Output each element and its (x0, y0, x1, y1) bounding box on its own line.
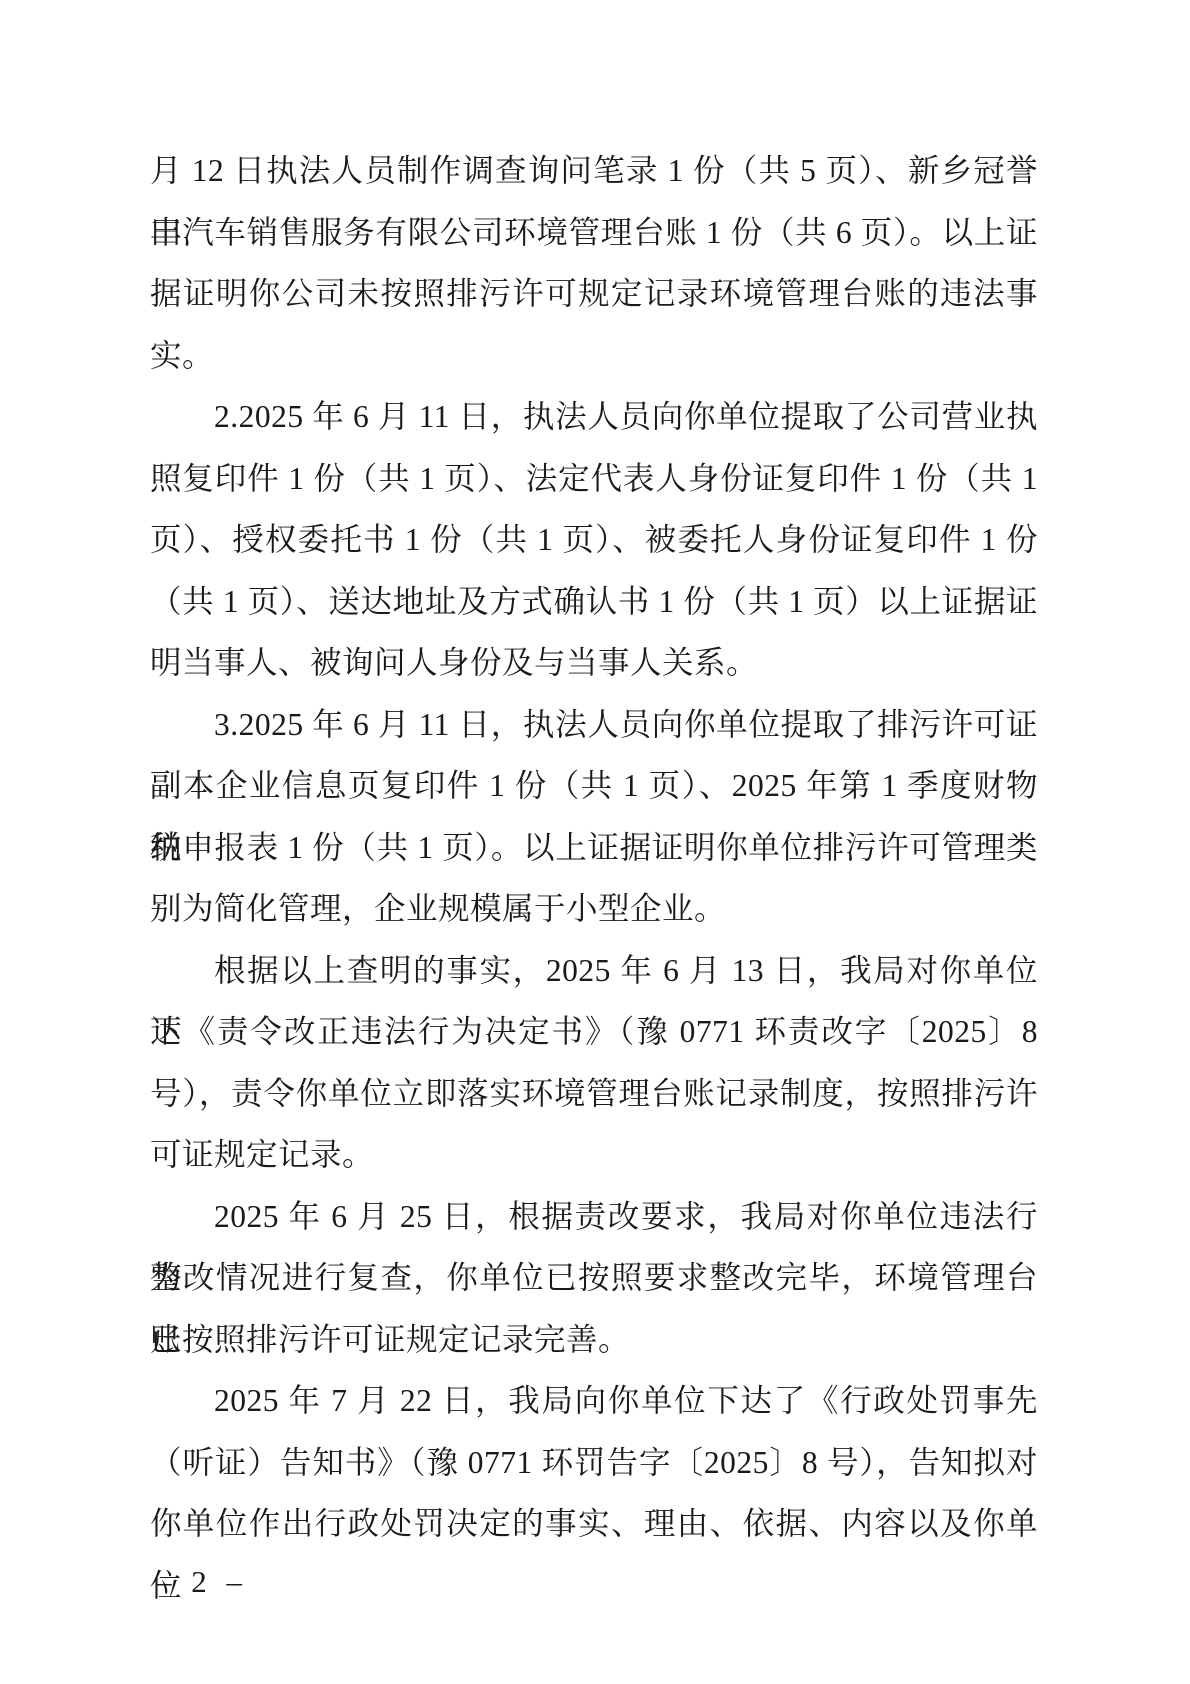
text-line: 整改情况进行复查，你单位已按照要求整改完毕，环境管理台账 (150, 1247, 1038, 1309)
text-line: 副本企业信息页复印件 1 份（共 1 页）、2025 年第 1 季度财物纳 (150, 755, 1038, 817)
text-line: 照复印件 1 份（共 1 页）、法定代表人身份证复印件 1 份（共 1 (150, 448, 1038, 510)
document-page: 月 12 日执法人员制作调查询问笔录 1 份（共 5 页）、新乡冠誉丰 田汽车销… (0, 0, 1190, 1684)
text-line: 据证明你公司未按照排污许可规定记录环境管理台账的违法事 (150, 263, 1038, 325)
text-line: 2.2025 年 6 月 11 日，执法人员向你单位提取了公司营业执 (150, 386, 1038, 448)
text-line: 已按照排污许可证规定记录完善。 (150, 1309, 1038, 1371)
text-line: 税申报表 1 份（共 1 页）。以上证据证明你单位排污许可管理类 (150, 817, 1038, 879)
text-line: 号），责令你单位立即落实环境管理台账记录制度，按照排污许 (150, 1063, 1038, 1125)
text-line: 页）、授权委托书 1 份（共 1 页）、被委托人身份证复印件 1 份 (150, 509, 1038, 571)
text-line: （共 1 页）、送达地址及方式确认书 1 份（共 1 页）以上证据证 (150, 571, 1038, 633)
text-line: 实。 (150, 325, 1038, 387)
text-line: 2025 年 6 月 25 日，根据责改要求，我局对你单位违法行为 (150, 1186, 1038, 1248)
text-line: 2025 年 7 月 22 日，我局向你单位下达了《行政处罚事先 (150, 1370, 1038, 1432)
text-line: 根据以上查明的事实，2025 年 6 月 13 日，我局对你单位下 (150, 940, 1038, 1002)
text-line: （听证）告知书》（豫 0771 环罚告字〔2025〕8 号），告知拟对 (150, 1432, 1038, 1494)
text-line: 达《责令改正违法行为决定书》（豫 0771 环责改字〔2025〕8 (150, 1001, 1038, 1063)
text-line: 明当事人、被询问人身份及与当事人关系。 (150, 632, 1038, 694)
text-line: 可证规定记录。 (150, 1124, 1038, 1186)
page-number: – 2 – (156, 1556, 242, 1608)
document-body: 月 12 日执法人员制作调查询问笔录 1 份（共 5 页）、新乡冠誉丰 田汽车销… (150, 140, 1038, 1555)
text-line: 田汽车销售服务有限公司环境管理台账 1 份（共 6 页）。以上证 (150, 202, 1038, 264)
text-line: 3.2025 年 6 月 11 日，执法人员向你单位提取了排污许可证 (150, 694, 1038, 756)
text-line: 月 12 日执法人员制作调查询问笔录 1 份（共 5 页）、新乡冠誉丰 (150, 140, 1038, 202)
text-line: 你单位作出行政处罚决定的事实、理由、依据、内容以及你单位 (150, 1493, 1038, 1555)
text-line: 别为简化管理，企业规模属于小型企业。 (150, 878, 1038, 940)
